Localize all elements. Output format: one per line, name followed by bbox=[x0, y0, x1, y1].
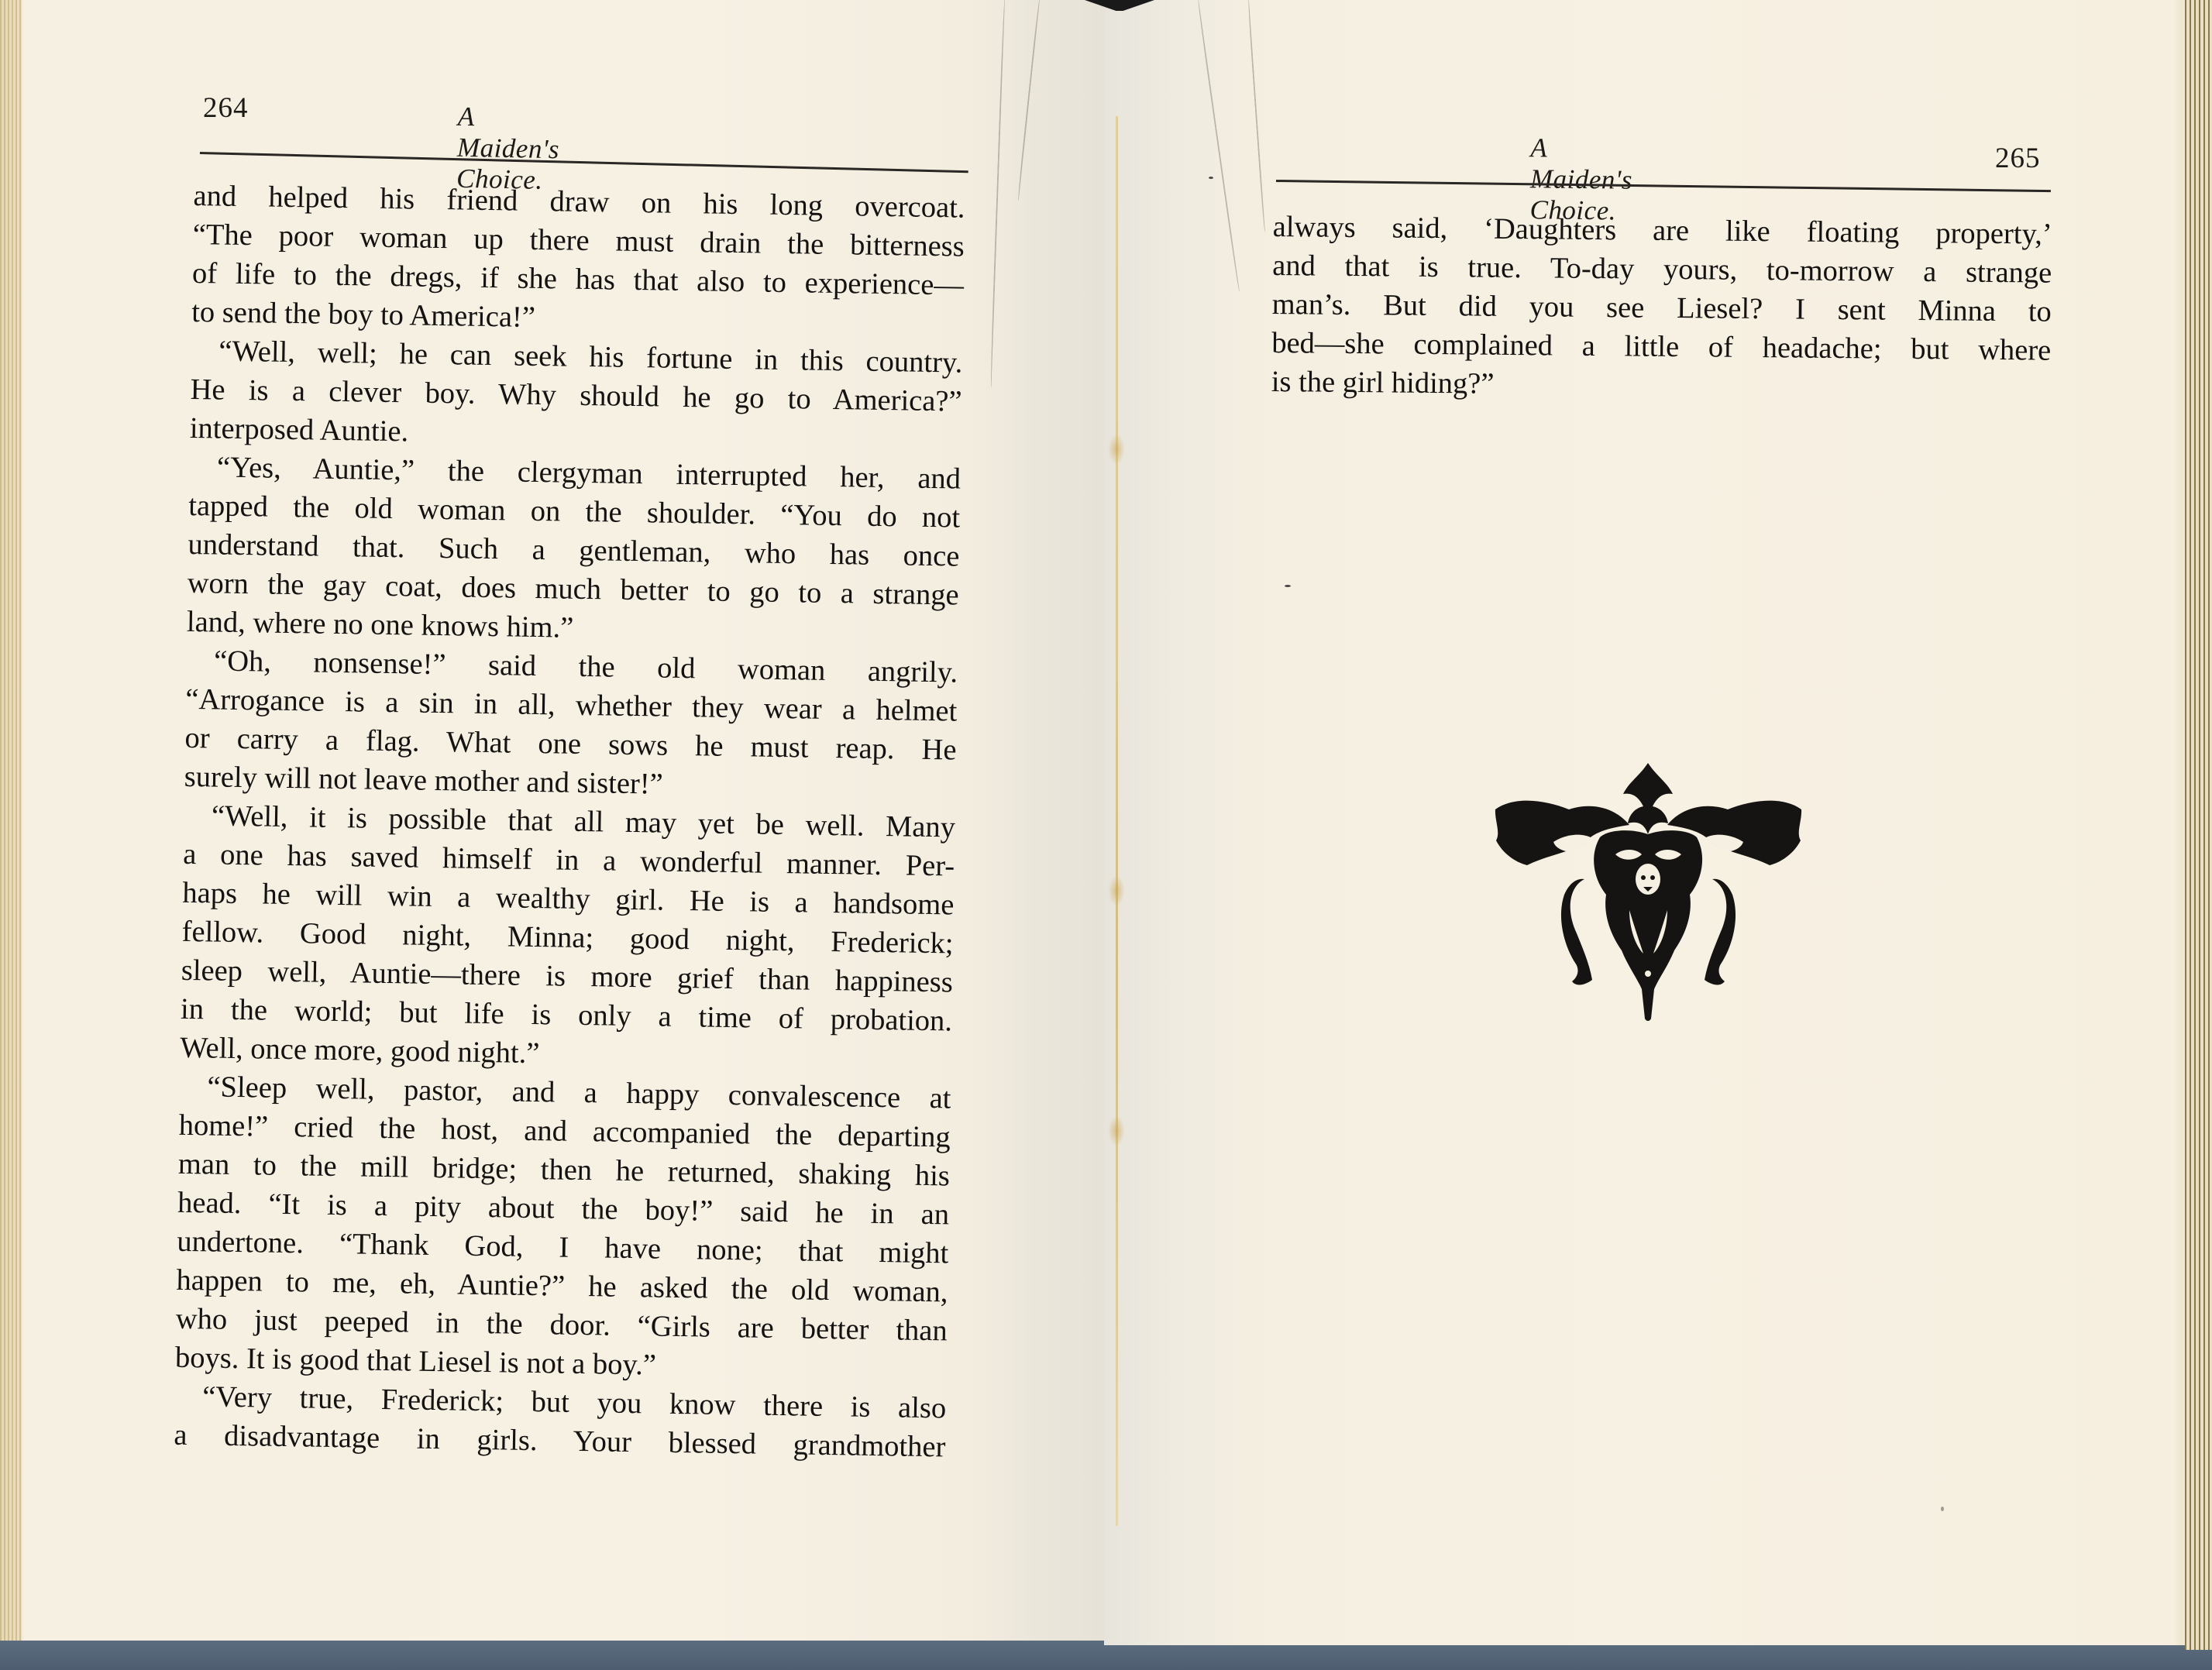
page-number-left: 264 bbox=[203, 91, 249, 125]
header-rule-left bbox=[200, 152, 968, 173]
left-page-edges bbox=[0, 0, 22, 1641]
right-body-text: always said, ‘Daughters are like floatin… bbox=[1271, 208, 2052, 409]
text-line: is the girl hiding?” bbox=[1271, 363, 2051, 409]
paper-speck bbox=[1285, 585, 1291, 587]
gutter-binding bbox=[1116, 116, 1118, 1526]
decorative-tailpiece-ornament-icon bbox=[1491, 763, 1805, 1022]
right-page-edges bbox=[2185, 0, 2212, 1650]
left-page: 264 A Maiden's Choice. and helped his fr… bbox=[0, 0, 1104, 1641]
paper-speck bbox=[1209, 177, 1213, 179]
page-number-right: 265 bbox=[1995, 142, 2041, 175]
book-spread-scan: 264 A Maiden's Choice. and helped his fr… bbox=[0, 0, 2212, 1670]
gutter-stain bbox=[1108, 1115, 1125, 1146]
left-body-text: and helped his friend draw on his long o… bbox=[174, 177, 965, 1466]
paper-speck bbox=[1941, 1507, 1944, 1511]
gutter-stain bbox=[1108, 875, 1125, 906]
header-rule-right bbox=[1276, 180, 2051, 192]
gutter-stain bbox=[1108, 434, 1125, 465]
